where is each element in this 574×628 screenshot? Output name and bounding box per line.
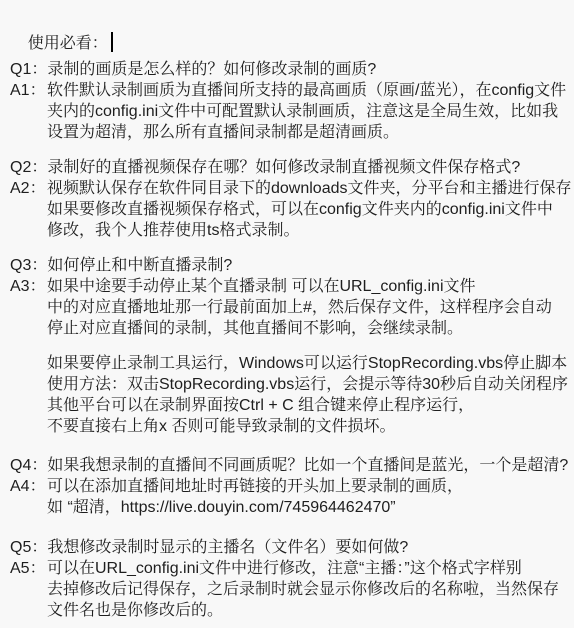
- question-label: Q3：: [10, 255, 47, 276]
- answer-text: 可以在URL_config.ini文件中进行修改，注意“主播：”这个格式字样别: [47, 558, 522, 579]
- question-line: Q1：录制的画质是怎么样的？如何修改录制的画质?: [10, 59, 568, 80]
- doc-title: 使用必看：: [28, 35, 108, 52]
- answer-line: 使用方法：双击StopRecording.vbs运行，会提示等待30秒后自动关闭…: [10, 374, 568, 395]
- answer-label: A4：: [10, 476, 47, 497]
- question-line: Q4：如果我想录制的直播间不同画质呢？比如一个直播间是蓝光，一个是超清?: [10, 455, 568, 476]
- answer-text: 如果中途要手动停止某个直播录制 可以在URL_config.ini文件: [47, 276, 476, 297]
- answer-line: 去掉修改后记得保存，之后录制时就会显示你修改后的名称啦，当然保存: [10, 579, 568, 600]
- answer-text: 软件默认录制画质为直播间所支持的最高画质（原画/蓝光），在config文件: [47, 80, 566, 101]
- question-label: Q4：: [10, 455, 47, 476]
- question-text: 录制的画质是怎么样的？如何修改录制的画质?: [47, 59, 376, 80]
- question-label: Q1：: [10, 59, 47, 80]
- answer-label: A1：: [10, 80, 47, 101]
- document-text-area[interactable]: 使用必看： Q1：录制的画质是怎么样的？如何修改录制的画质? A1：软件默认录制…: [0, 0, 574, 628]
- answer-line: 如果要修改直播视频保存格式，可以在config文件夹内的config.ini文件…: [10, 199, 568, 220]
- question-text: 录制好的直播视频保存在哪？如何修改录制直播视频文件保存格式?: [47, 157, 520, 178]
- answer-label: A5：: [10, 558, 47, 579]
- question-text: 我想修改录制时显示的主播名（文件名）要如何做?: [47, 537, 408, 558]
- answer-label: A2：: [10, 178, 47, 199]
- answer-line: A1：软件默认录制画质为直播间所支持的最高画质（原画/蓝光），在config文件: [10, 80, 568, 101]
- answer-text: 可以在添加直播间地址时再链接的开头加上要录制的画质，: [47, 476, 463, 497]
- question-text: 如果我想录制的直播间不同画质呢？比如一个直播间是蓝光，一个是超清?: [47, 455, 568, 476]
- answer-line-example-url: 如 “超清，https://live.douyin.com/7459644624…: [10, 497, 568, 518]
- faq-block-q5: Q5：我想修改录制时显示的主播名（文件名）要如何做? A5：可以在URL_con…: [10, 537, 568, 621]
- answer-line: 修改，我个人推荐使用ts格式录制。: [10, 220, 568, 241]
- answer-line: 中的对应直播地址那一行最前面加上#，然后保存文件，这样程序会自动: [10, 297, 568, 318]
- answer-text: 视频默认保存在软件同目录下的downloads文件夹，分平台和主播进行保存: [47, 178, 572, 199]
- question-line: Q2：录制好的直播视频保存在哪？如何修改录制直播视频文件保存格式?: [10, 157, 568, 178]
- answer-line: 停止对应直播间的录制，其他直播间不影响，会继续录制。: [10, 318, 568, 339]
- answer-line: 设置为超清，那么所有直播间录制都是超清画质。: [10, 122, 568, 143]
- question-line: Q3：如何停止和中断直播录制?: [10, 255, 568, 276]
- answer-line: A5：可以在URL_config.ini文件中进行修改，注意“主播：”这个格式字…: [10, 558, 568, 579]
- question-label: Q2：: [10, 157, 47, 178]
- text-cursor-caret: [111, 32, 113, 52]
- faq-block-q2: Q2：录制好的直播视频保存在哪？如何修改录制直播视频文件保存格式? A2：视频默…: [10, 157, 568, 241]
- answer-line: A4：可以在添加直播间地址时再链接的开头加上要录制的画质，: [10, 476, 568, 497]
- question-line: Q5：我想修改录制时显示的主播名（文件名）要如何做?: [10, 537, 568, 558]
- faq-block-q4: Q4：如果我想录制的直播间不同画质呢？比如一个直播间是蓝光，一个是超清? A4：…: [10, 455, 568, 518]
- answer-line: A2：视频默认保存在软件同目录下的downloads文件夹，分平台和主播进行保存: [10, 178, 568, 199]
- faq-block-q1: Q1：录制的画质是怎么样的？如何修改录制的画质? A1：软件默认录制画质为直播间…: [10, 59, 568, 143]
- answer-line: 不要直接右上角x 否则可能导致录制的文件损坏。: [10, 416, 568, 437]
- faq-block-q3: Q3：如何停止和中断直播录制? A3：如果中途要手动停止某个直播录制 可以在UR…: [10, 255, 568, 339]
- question-label: Q5：: [10, 537, 47, 558]
- doc-title-line: 使用必看：: [10, 11, 568, 32]
- answer-line: 如果要停止录制工具运行，Windows可以运行StopRecording.vbs…: [10, 353, 568, 374]
- answer-line: 其他平台可以在录制界面按Ctrl + C 组合键来停止程序运行，: [10, 395, 568, 416]
- question-text: 如何停止和中断直播录制?: [47, 255, 232, 276]
- answer-line: 夹内的config.ini文件中可配置默认录制画质，注意这是全局生效，比如我: [10, 101, 568, 122]
- faq-q3-extra-paragraph: 如果要停止录制工具运行，Windows可以运行StopRecording.vbs…: [10, 353, 568, 437]
- answer-label: A3：: [10, 276, 47, 297]
- answer-line: 文件名也是你修改后的。: [10, 600, 568, 621]
- answer-line: A3：如果中途要手动停止某个直播录制 可以在URL_config.ini文件: [10, 276, 568, 297]
